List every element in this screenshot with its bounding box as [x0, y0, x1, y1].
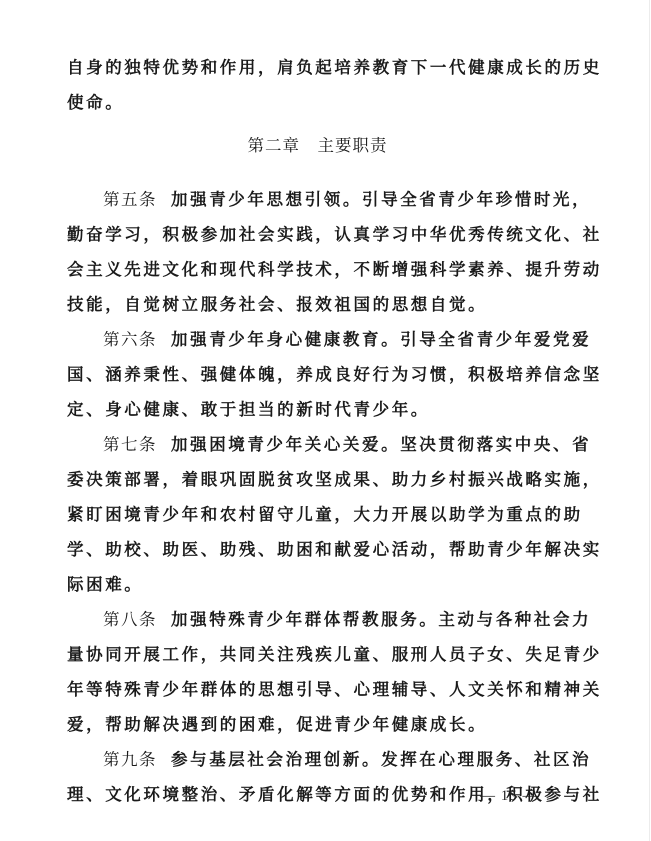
article-8: 第八条加强特殊青少年群体帮教服务。主动与各种社会力 量协同开展工作，共同关注残疾…: [67, 602, 568, 742]
article-heading-text: 加强特殊青少年群体帮教服务。主动与各种社会力: [171, 610, 591, 629]
article-heading-text: 加强困境青少年关心关爱。坚决贯彻落实中央、省: [171, 435, 591, 454]
article-6: 第六条加强青少年身心健康教育。引导全省青少年爱党爱 国、涵养秉性、强健体魄，养成…: [67, 322, 568, 427]
article-heading-text: 参与基层社会治理创新。发挥在心理服务、社区治: [171, 750, 591, 769]
article-label: 第九条: [103, 750, 157, 769]
text-line: 委决策部署，着眼巩固脱贫攻坚成果、助力乡村振兴战略实施，: [67, 462, 568, 497]
text-line: 量协同开展工作，共同关注残疾儿童、服刑人员子女、失足青少: [67, 637, 568, 672]
text-line: 紧盯困境青少年和农村留守儿童，大力开展以助学为重点的助: [67, 497, 568, 532]
document-body: 自身的独特优势和作用，肩负起培养教育下一代健康成长的历史 使命。 第二章 主要职…: [67, 50, 568, 812]
text-line: 自身的独特优势和作用，肩负起培养教育下一代健康成长的历史: [67, 50, 568, 85]
text-line: 学、助校、助医、助残、助困和献爱心活动，帮助青少年解决实: [67, 532, 568, 567]
text-line: 勤奋学习，积极参加社会实践，认真学习中华优秀传统文化、社: [67, 217, 568, 252]
article-heading-text: 加强青少年思想引领。引导全省青少年珍惜时光，: [171, 190, 591, 209]
article-heading-text: 加强青少年身心健康教育。引导全省青少年爱党爱: [171, 330, 591, 349]
text-line: 际困难。: [67, 567, 568, 602]
text-line: 使命。: [67, 85, 568, 120]
text-line: 定、身心健康、敢于担当的新时代青少年。: [67, 392, 568, 427]
text-line: 爱，帮助解决遇到的困难，促进青少年健康成长。: [67, 707, 568, 742]
chapter-title: 第二章 主要职责: [67, 128, 568, 163]
text-line: 技能，自觉树立服务社会、报效祖国的思想自觉。: [67, 287, 568, 322]
text-line: 国、涵养秉性、强健体魄，养成良好行为习惯，积极培养信念坚: [67, 357, 568, 392]
text-line: 年等特殊青少年群体的思想引导、心理辅导、人文关怀和精神关: [67, 672, 568, 707]
article-label: 第六条: [103, 330, 157, 349]
page-edge-divider: [649, 0, 650, 841]
text-line: 会主义先进文化和现代科学技术，不断增强科学素养、提升劳动: [67, 252, 568, 287]
article-7: 第七条加强困境青少年关心关爱。坚决贯彻落实中央、省 委决策部署，着眼巩固脱贫攻坚…: [67, 427, 568, 602]
page-number: — 15 —: [480, 788, 539, 805]
intro-paragraph: 自身的独特优势和作用，肩负起培养教育下一代健康成长的历史 使命。: [67, 50, 568, 120]
article-label: 第八条: [103, 610, 157, 629]
article-5: 第五条加强青少年思想引领。引导全省青少年珍惜时光， 勤奋学习，积极参加社会实践，…: [67, 182, 568, 322]
article-label: 第五条: [103, 190, 157, 209]
article-label: 第七条: [103, 435, 157, 454]
